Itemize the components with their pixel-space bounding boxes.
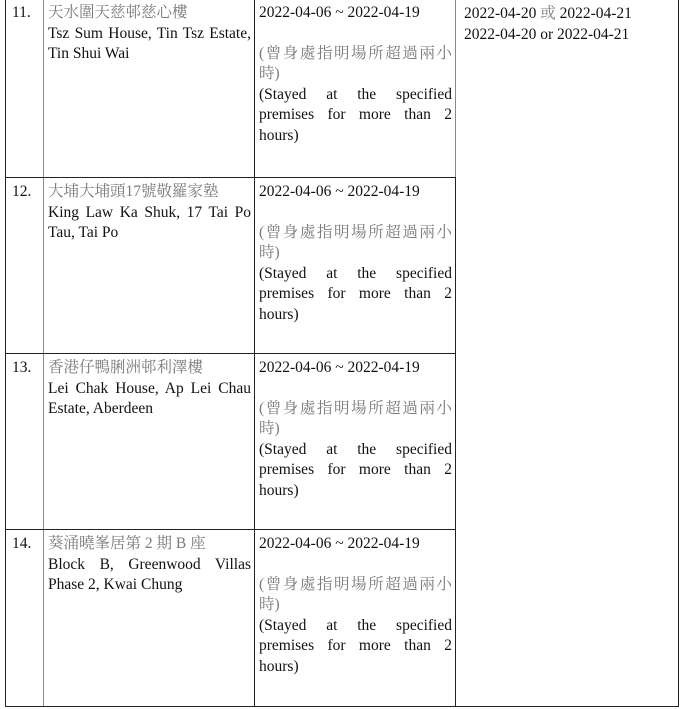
note-zh: (曾身處指明場所超過兩小時) <box>259 44 452 85</box>
test-date-b: 2022-04-21 <box>560 5 632 22</box>
test-dates-cell: 2022-04-20 或 2022-04-21 2022-04-20 or 20… <box>456 0 679 707</box>
address-zh: 香港仔鴨脷洲邨利澤樓 <box>48 358 251 379</box>
test-dates-en: 2022-04-20 or 2022-04-21 <box>464 25 675 46</box>
date-range: 2022-04-06 ~ 2022-04-19 <box>259 3 452 24</box>
address-cell: 天水圍天慈邨慈心樓 Tsz Sum House, Tin Tsz Estate,… <box>44 0 255 178</box>
date-cell: 2022-04-06 ~ 2022-04-19 (曾身處指明場所超過兩小時) (… <box>255 178 456 354</box>
note-en: (Stayed at the specified premises for mo… <box>259 616 452 678</box>
address-cell: 香港仔鴨脷洲邨利澤樓 Lei Chak House, Ap Lei Chau E… <box>44 354 255 530</box>
note-zh: (曾身處指明場所超過兩小時) <box>259 223 452 264</box>
date-cell: 2022-04-06 ~ 2022-04-19 (曾身處指明場所超過兩小時) (… <box>255 354 456 530</box>
row-number-text: 14. <box>12 535 31 552</box>
date-range: 2022-04-06 ~ 2022-04-19 <box>259 182 452 203</box>
address-en: Block B, Greenwood Villas Phase 2, Kwai … <box>48 555 251 596</box>
row-number: 14. <box>6 530 44 707</box>
note-en: (Stayed at the specified premises for mo… <box>259 264 452 326</box>
address-en: Tsz Sum House, Tin Tsz Estate, Tin Shui … <box>48 24 251 65</box>
spacer <box>259 203 452 223</box>
address-zh: 大埔大埔頭17號敬羅家塾 <box>48 182 251 203</box>
row-number: 11. <box>6 0 44 178</box>
test-date-a: 2022-04-20 <box>464 5 536 22</box>
address-en: King Law Ka Shuk, 17 Tai Po Tau, Tai Po <box>48 203 251 244</box>
row-number: 12. <box>6 178 44 354</box>
row-number-text: 11. <box>12 4 31 21</box>
note-en: (Stayed at the specified premises for mo… <box>259 85 452 147</box>
note-zh: (曾身處指明場所超過兩小時) <box>259 399 452 440</box>
note-en: (Stayed at the specified premises for mo… <box>259 440 452 502</box>
row-number-text: 12. <box>12 183 31 200</box>
spacer <box>259 379 452 399</box>
note-zh: (曾身處指明場所超過兩小時) <box>259 575 452 616</box>
address-zh: 天水圍天慈邨慈心樓 <box>48 3 251 24</box>
spacer <box>259 24 452 44</box>
test-dates-zh: 2022-04-20 或 2022-04-21 <box>464 4 675 25</box>
specified-premises-table: 11. 天水圍天慈邨慈心樓 Tsz Sum House, Tin Tsz Est… <box>5 0 679 707</box>
address-cell: 大埔大埔頭17號敬羅家塾 King Law Ka Shuk, 17 Tai Po… <box>44 178 255 354</box>
address-en: Lei Chak House, Ap Lei Chau Estate, Aber… <box>48 379 251 420</box>
date-range: 2022-04-06 ~ 2022-04-19 <box>259 358 452 379</box>
address-cell: 葵涌曉峯居第 2 期 B 座 Block B, Greenwood Villas… <box>44 530 255 707</box>
or-zh: 或 <box>536 5 559 22</box>
table-row: 11. 天水圍天慈邨慈心樓 Tsz Sum House, Tin Tsz Est… <box>6 0 679 178</box>
address-zh: 葵涌曉峯居第 2 期 B 座 <box>48 534 251 555</box>
row-number-text: 13. <box>12 359 31 376</box>
row-number: 13. <box>6 354 44 530</box>
date-cell: 2022-04-06 ~ 2022-04-19 (曾身處指明場所超過兩小時) (… <box>255 0 456 178</box>
date-range: 2022-04-06 ~ 2022-04-19 <box>259 534 452 555</box>
date-cell: 2022-04-06 ~ 2022-04-19 (曾身處指明場所超過兩小時) (… <box>255 530 456 707</box>
spacer <box>259 555 452 575</box>
